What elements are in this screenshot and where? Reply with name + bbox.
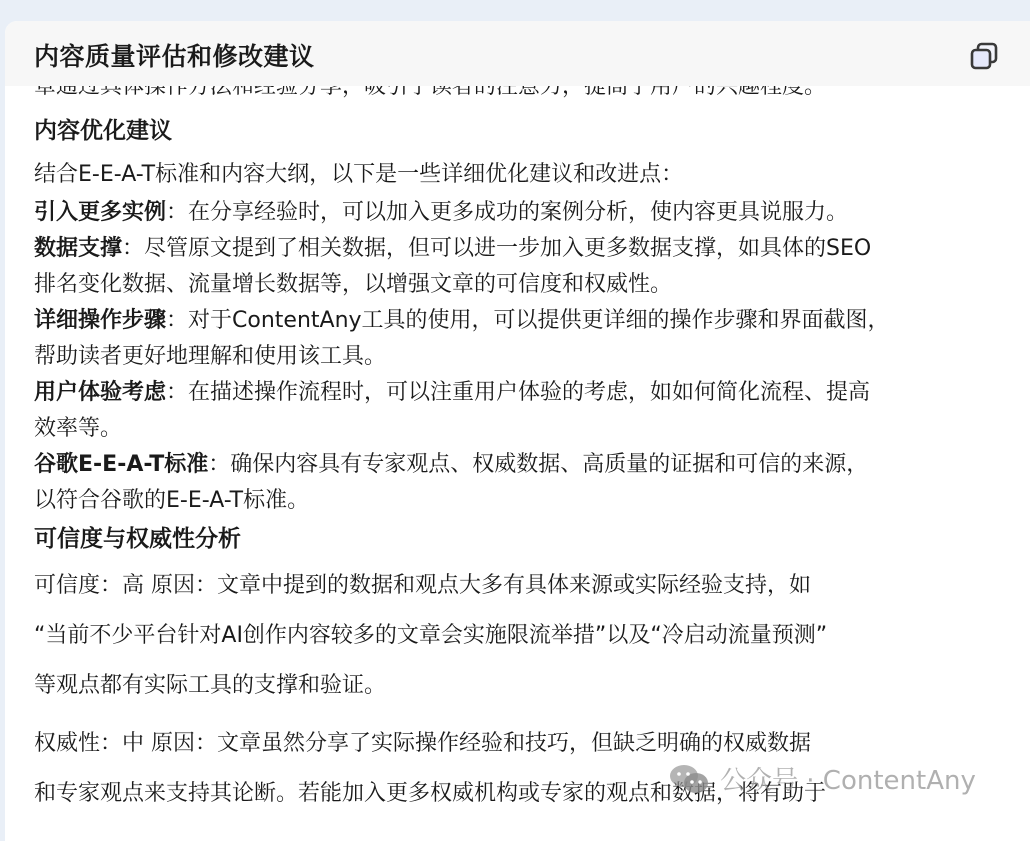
list-item: 详细操作步骤：对于ContentAny工具的使用，可以提供更详细的操作步骤和界面… — [34, 303, 1014, 375]
item-text: 在描述操作流程时，可以注重用户体验的考虑，如如何简化流程、提高 — [188, 380, 870, 405]
item-text: 对于ContentAny工具的使用，可以提供更详细的操作步骤和界面截图， — [188, 308, 890, 333]
card-title: 内容质量评估和修改建议 — [34, 37, 315, 73]
item-text: 以符合谷歌的E-E-A-T标准。 — [34, 483, 1014, 519]
card-header: 内容质量评估和修改建议 — [5, 21, 1030, 86]
section-heading-credibility: 可信度与权威性分析 — [34, 521, 1014, 557]
item-text: 确保内容具有专家观点、权威数据、高质量的证据和可信的来源， — [230, 452, 868, 477]
list-item: 数据支撑：尽管原文提到了相关数据，但可以进一步加入更多数据支撑，如具体的SEO … — [34, 231, 1014, 303]
item-label: 引入更多实例 — [34, 200, 166, 225]
item-text: 在分享经验时，可以加入更多成功的案例分析，使内容更具说服力。 — [188, 200, 848, 225]
item-text: 效率等。 — [34, 411, 1014, 447]
optimization-intro: 结合E-E-A-T标准和内容大纲，以下是一些详细优化建议和改进点： — [34, 155, 1014, 195]
item-text: 尽管原文提到了相关数据，但可以进一步加入更多数据支撑，如具体的SEO — [144, 236, 871, 261]
scroll-content[interactable]: 章通过具体操作方法和经验分享，吸引了读者的注意力，提高了用户的兴趣程度。 内容优… — [34, 69, 1014, 819]
item-label: 详细操作步骤 — [34, 308, 166, 333]
item-label: 用户体验考虑 — [34, 380, 166, 405]
evaluation-card: 内容质量评估和修改建议 章通过具体操作方法和经验分享，吸引了读者的注意力，提高了… — [5, 21, 1030, 820]
list-item: 用户体验考虑：在描述操作流程时，可以注重用户体验的考虑，如如何简化流程、提高 效… — [34, 375, 1014, 447]
copy-button[interactable] — [969, 41, 999, 71]
section-heading-optimization: 内容优化建议 — [34, 113, 1014, 149]
item-text: 排名变化数据、流量增长数据等，以增强文章的可信度和权威性。 — [34, 267, 1014, 303]
optimization-list: 引入更多实例：在分享经验时，可以加入更多成功的案例分析，使内容更具说服力。 数据… — [34, 195, 1014, 519]
authority-paragraph: 权威性：中 原因：文章虽然分享了实际操作经验和技巧，但缺乏明确的权威数据 和专家… — [34, 719, 1014, 819]
credibility-paragraph: 可信度：高 原因：文章中提到的数据和观点大多有具体来源或实际经验支持，如 “当前… — [34, 561, 1014, 711]
item-label: 谷歌E-E-A-T标准 — [34, 452, 208, 477]
list-item: 引入更多实例：在分享经验时，可以加入更多成功的案例分析，使内容更具说服力。 — [34, 195, 1014, 231]
copy-icon — [969, 41, 999, 71]
item-label: 数据支撑 — [34, 236, 122, 261]
list-item: 谷歌E-E-A-T标准：确保内容具有专家观点、权威数据、高质量的证据和可信的来源… — [34, 447, 1014, 519]
item-text: 帮助读者更好地理解和使用该工具。 — [34, 339, 1014, 375]
